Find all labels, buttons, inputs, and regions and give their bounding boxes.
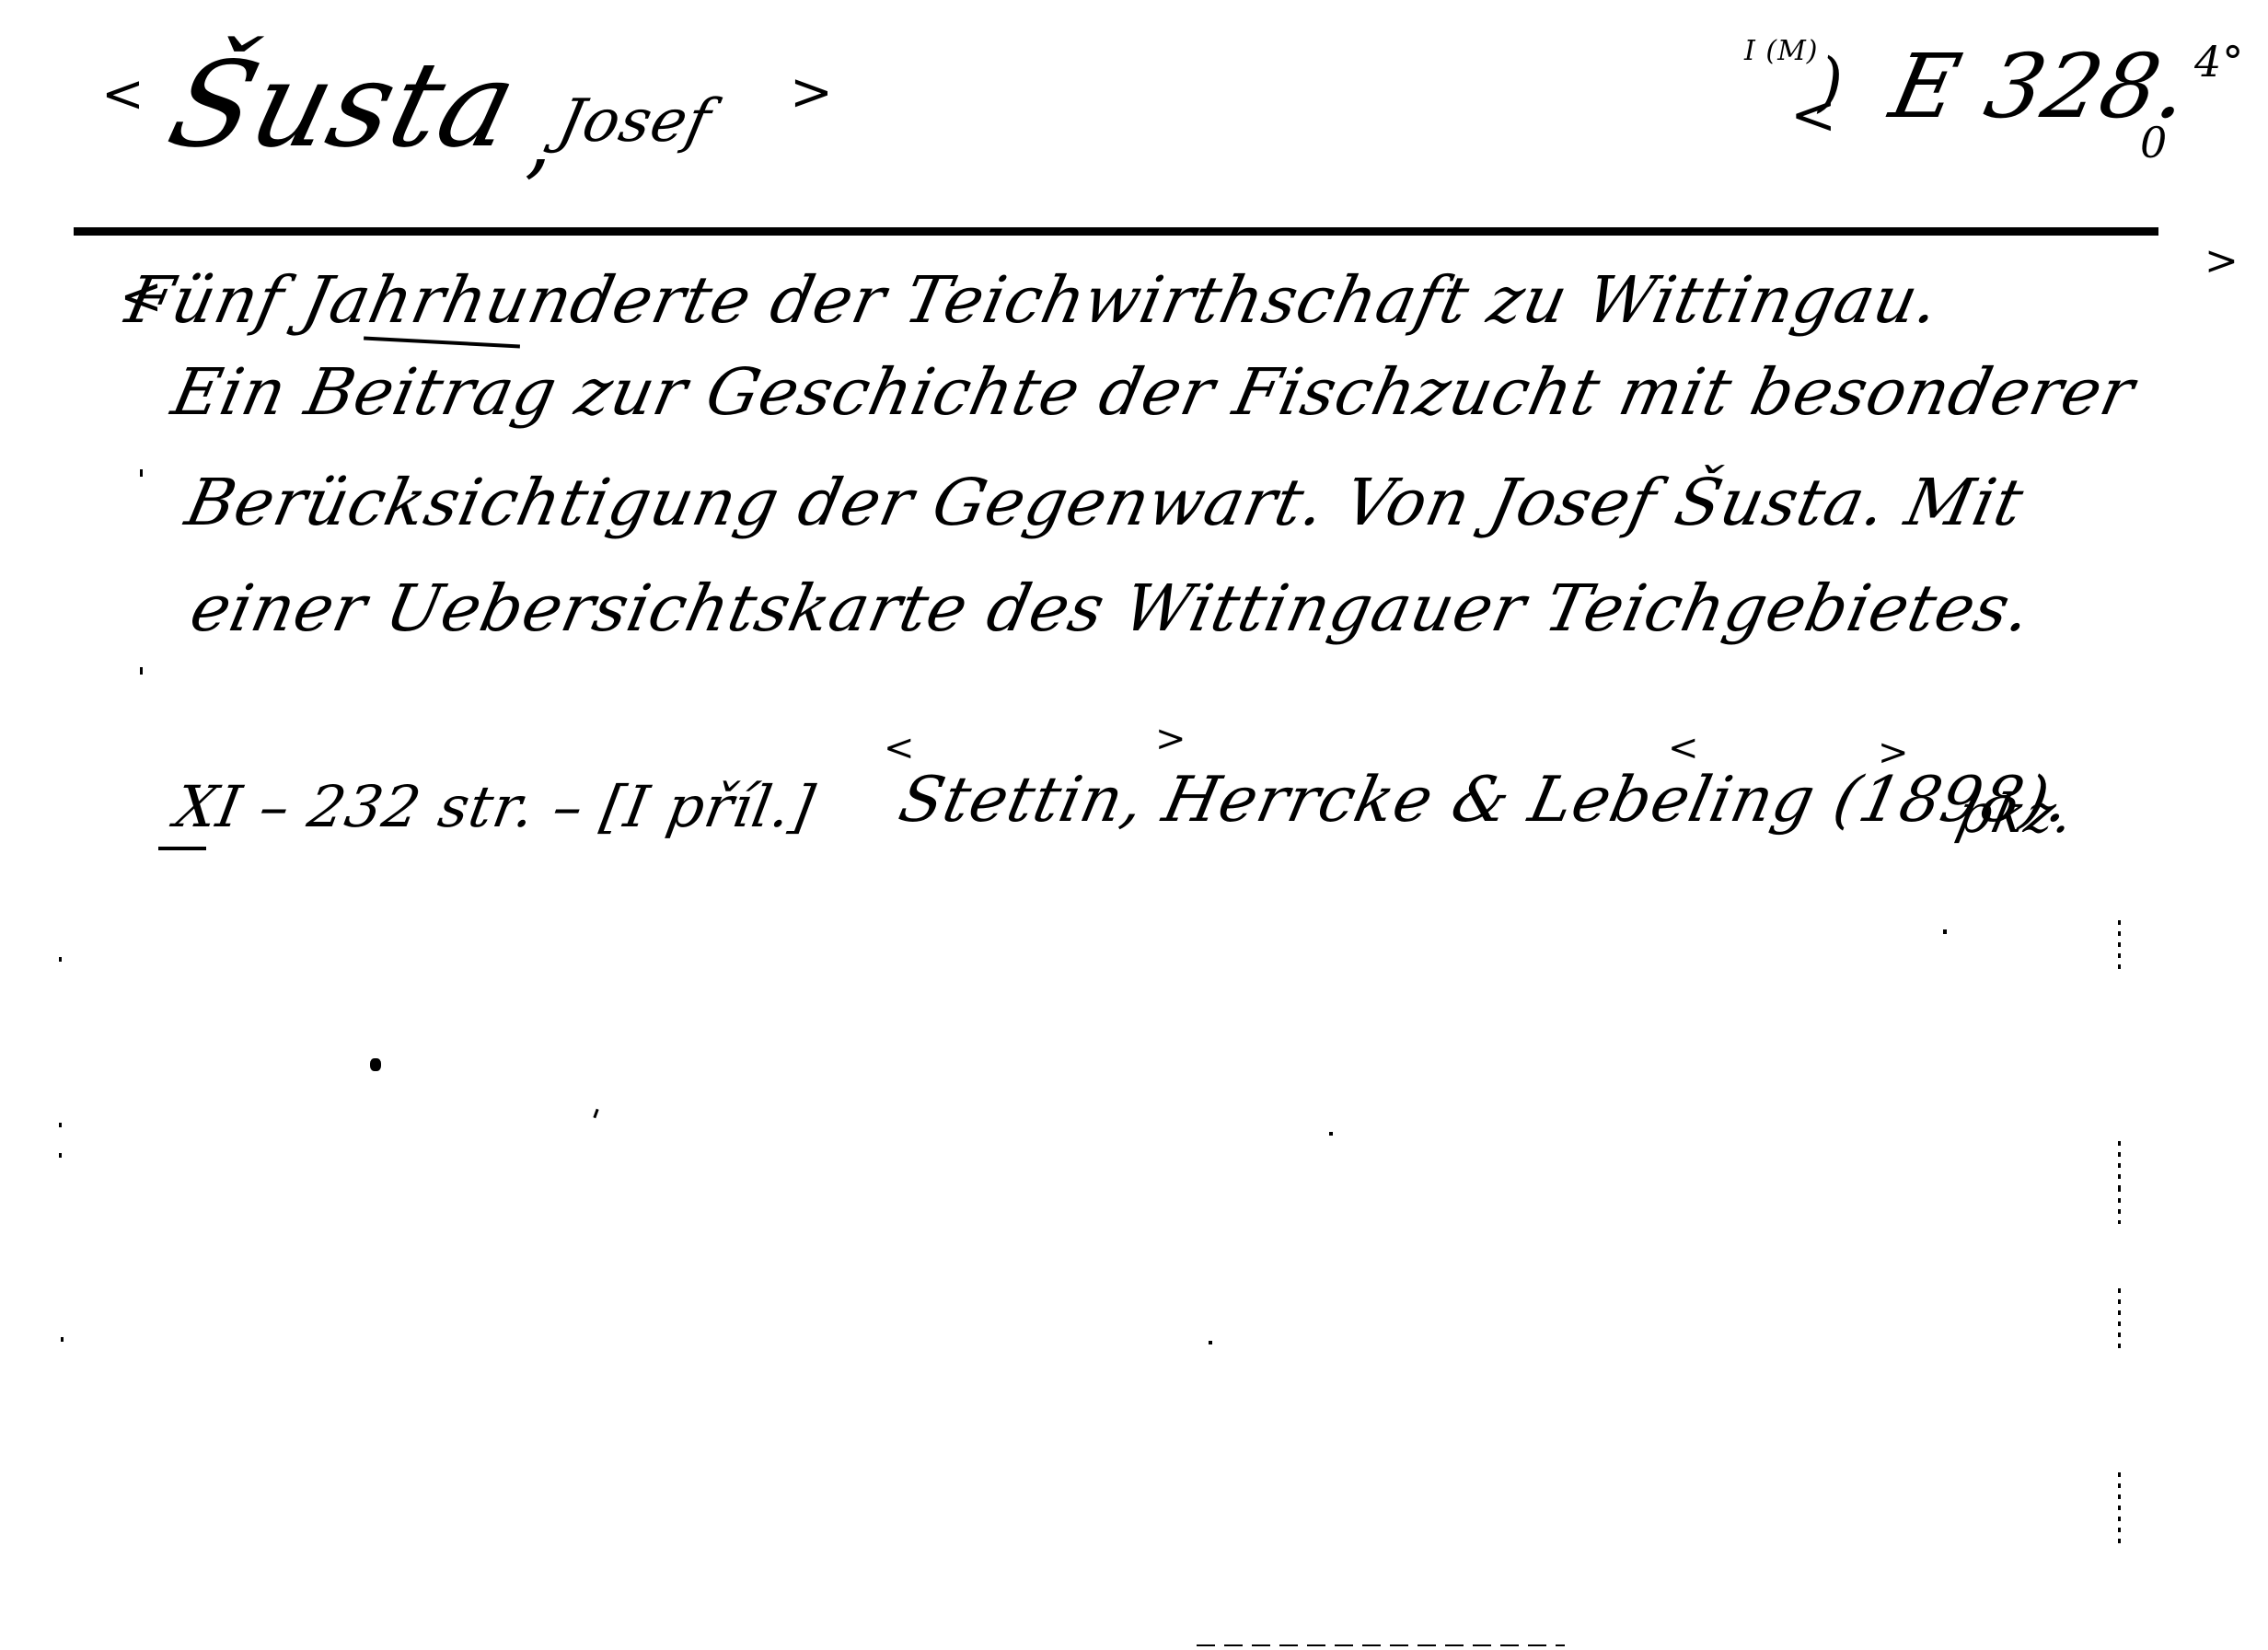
- speck: [59, 1153, 62, 1158]
- title-line-3: Berücksichtigung der Gegenwart. Von Jose…: [179, 465, 2031, 540]
- speck: [61, 1337, 64, 1342]
- speck: [593, 1109, 598, 1118]
- author-surname: Šusta: [156, 37, 530, 174]
- call-number-sub-mark: 0: [2140, 118, 2168, 167]
- title-line-2: Ein Beitrag zur Geschichte der Fischzuch…: [166, 354, 2141, 430]
- title-line-1: Fünf Jahrhunderte der Teichwirthschaft z…: [120, 262, 1947, 338]
- call-number-angle: <: [1790, 83, 1837, 147]
- cataloger-initials: pkz.: [1951, 782, 2080, 845]
- scan-edge-dots: [2118, 1288, 2121, 1353]
- title-mark-right: >: [2204, 237, 2239, 284]
- ink-blot: [370, 1058, 381, 1071]
- title-line-4: einer Uebersichtskarte des Wittingauer T…: [184, 571, 2039, 646]
- speck: [1943, 929, 1947, 934]
- imprint: Stettin, Herrcke & Lebeling (1898).: [893, 764, 2077, 837]
- call-number-size-mark: 4°: [2194, 37, 2244, 87]
- scan-edge-dots: [2118, 1187, 2121, 1224]
- speck: [59, 957, 62, 962]
- speck: [59, 1123, 62, 1127]
- heading-mark-left: <: [101, 64, 145, 124]
- underline-mark: [364, 337, 520, 349]
- scan-edge-dots: [2118, 920, 2121, 975]
- heading-rule: [74, 227, 2158, 236]
- collation: XI – 232 str. – [I příl.]: [170, 773, 820, 840]
- collation-underline: [158, 847, 206, 850]
- speck: [1209, 1341, 1212, 1344]
- author-given-name: Josef: [552, 87, 717, 156]
- imprint-mark-right-1: >: [1155, 718, 1186, 760]
- heading-mark-right: >: [790, 63, 834, 122]
- call-number-annotation: I (M): [1744, 35, 1819, 67]
- scan-edge-dashes: [1197, 1644, 1565, 1646]
- author-comma: ,: [525, 92, 552, 189]
- catalog-card: < Šusta , Josef > I (M) ) < E 328. 4° 0 …: [0, 0, 2268, 1650]
- speck: [1329, 1132, 1333, 1136]
- speck: [140, 469, 143, 477]
- scan-edge-dots: [2118, 1472, 2121, 1546]
- speck: [140, 667, 143, 675]
- scan-edge-dots: [2118, 1141, 2121, 1187]
